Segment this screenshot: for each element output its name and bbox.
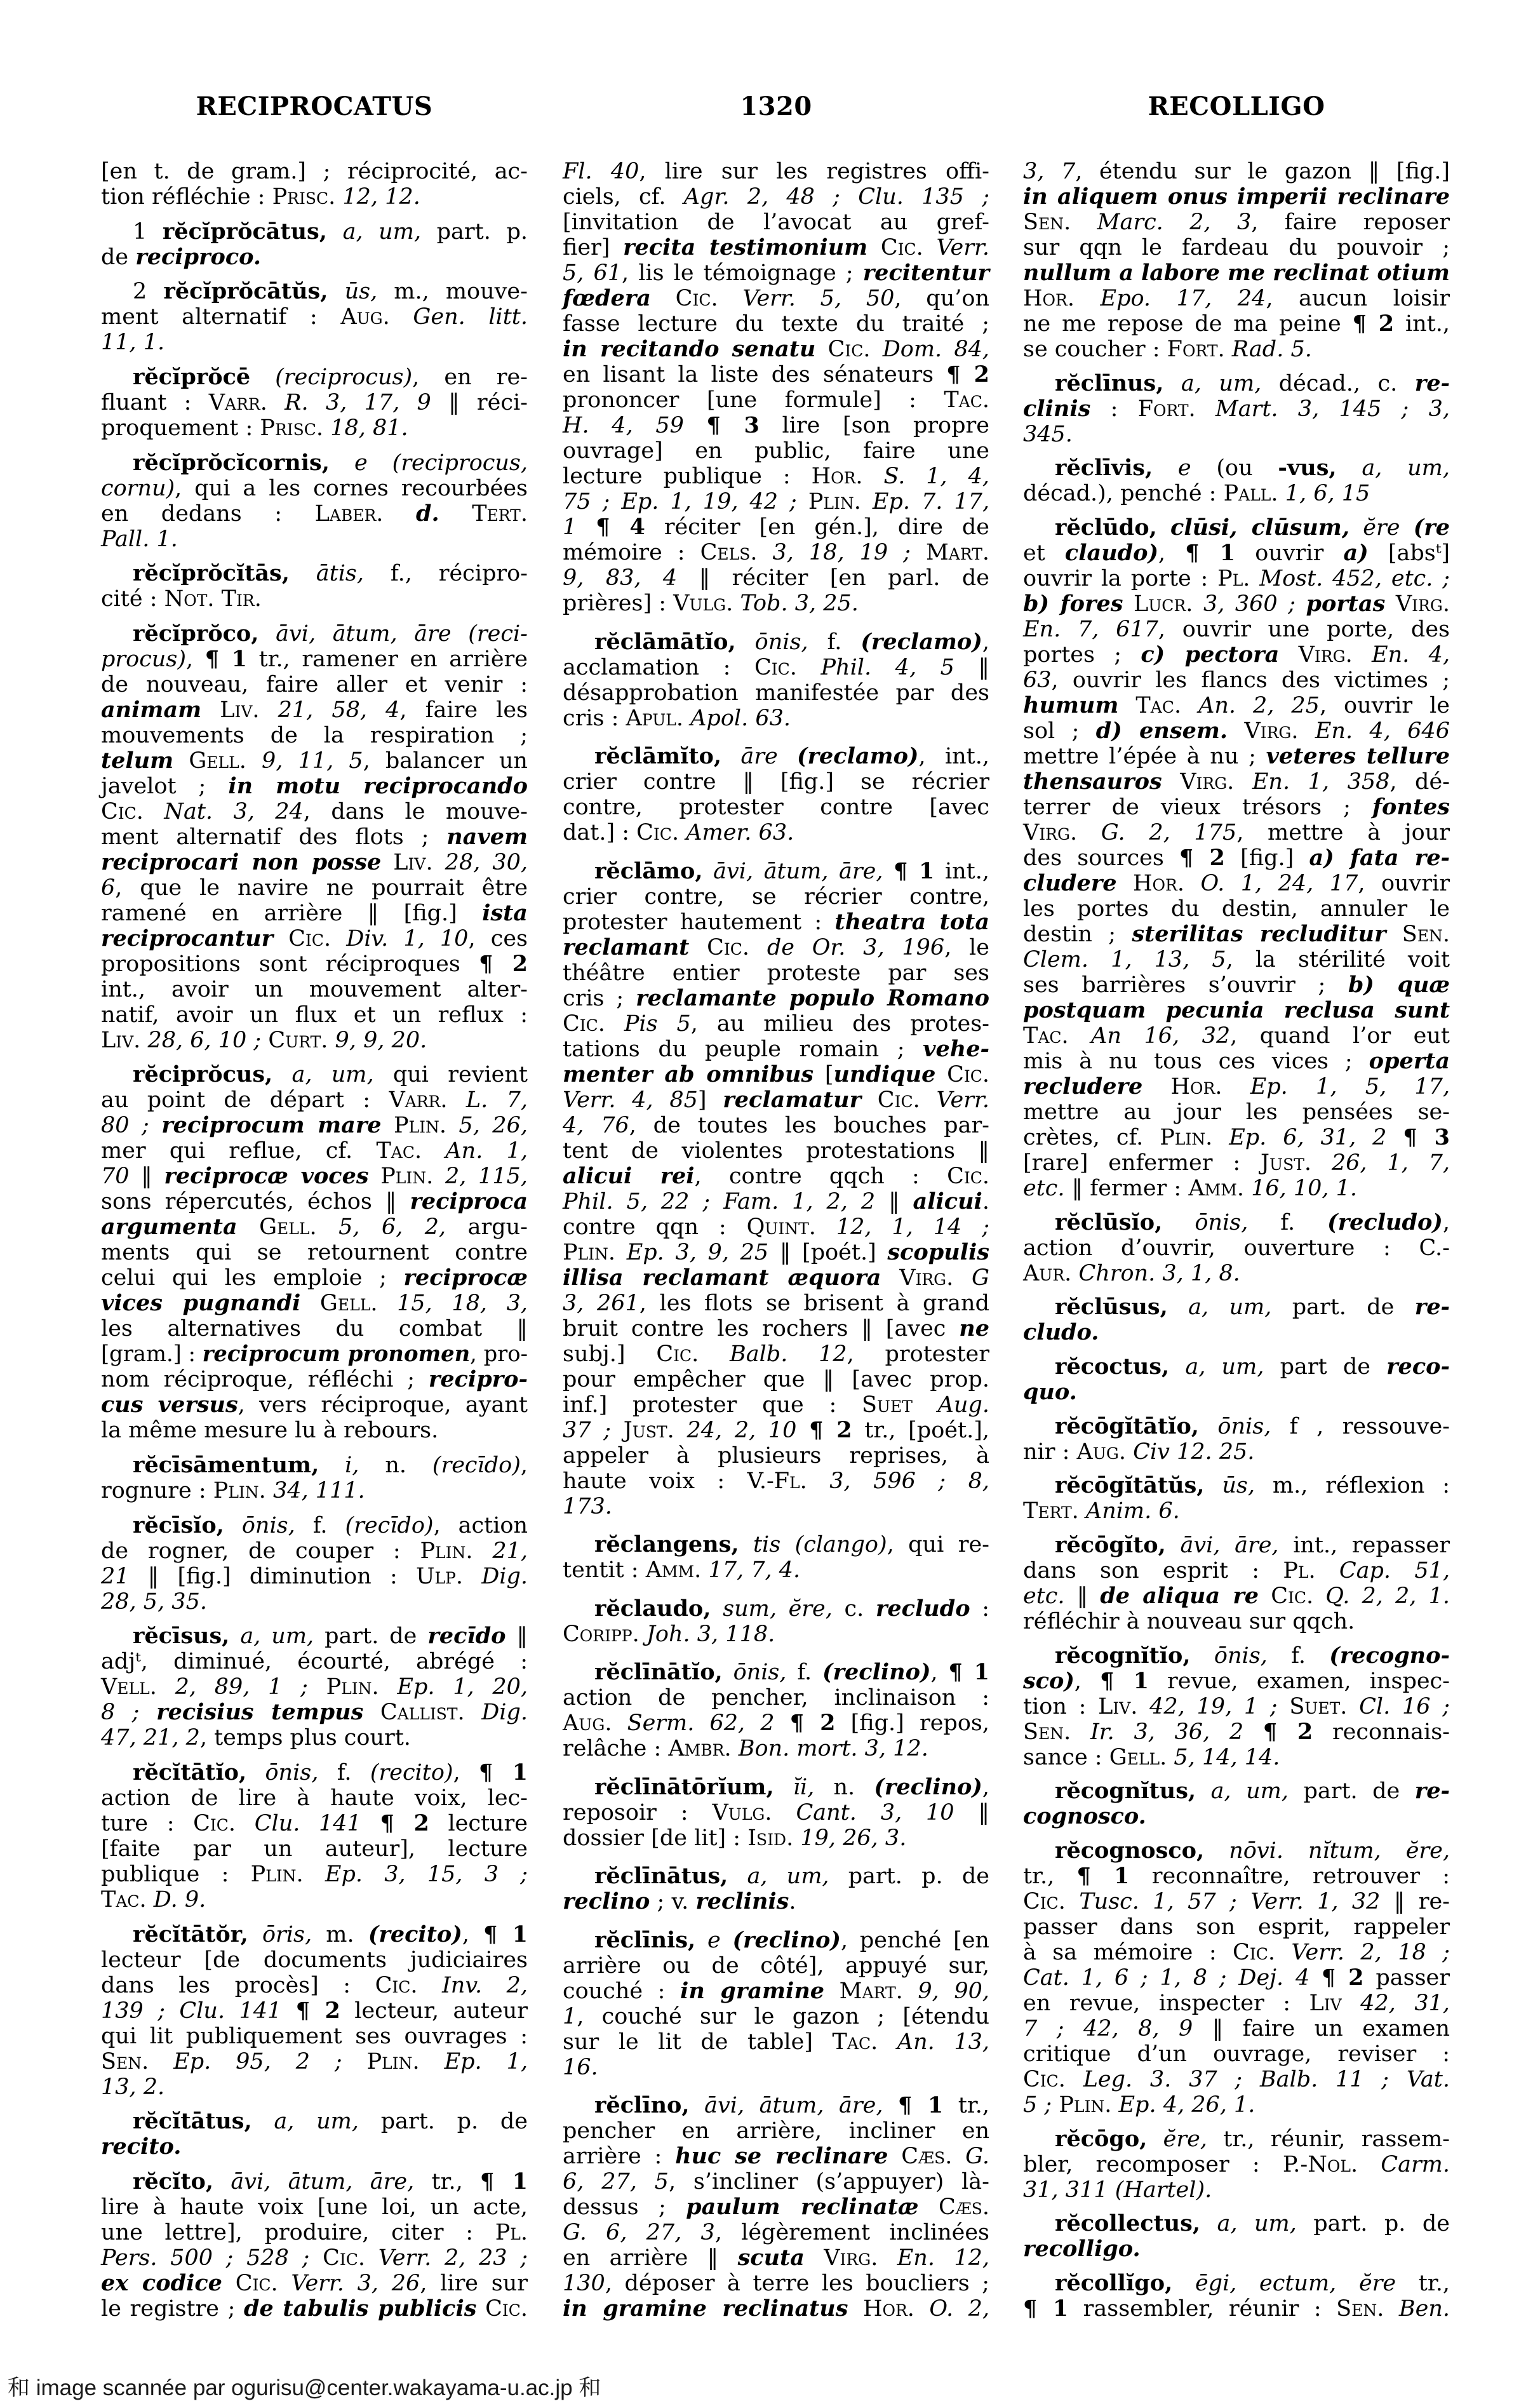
italic-text: ēgi, ectum, ĕre (1195, 2271, 1396, 2296)
latin-citation: sterilitas recluditur (1132, 921, 1386, 947)
text-line: et claudo), ¶ 1 ouvrir a) [absᵗ] (1023, 541, 1450, 566)
text-line: 16. (563, 2055, 989, 2080)
text-line: la même mesure lu à rebours. (101, 1418, 528, 1443)
author-abbreviation: Cic. (288, 926, 331, 951)
text-line: les portes du destin, annuler le (1023, 896, 1450, 922)
latin-citation: postquam pecunia reclusa sunt (1023, 997, 1450, 1023)
italic-text: i, (345, 1453, 359, 1478)
italic-text: (reciprocus) (275, 365, 412, 390)
author-abbreviation: Cic. (947, 1164, 989, 1189)
text-line: quo. (1023, 1380, 1450, 1405)
text-line: 70 ‖ reciprocæ voces Plin. 2, 115, (101, 1164, 528, 1189)
italic-text: Cat. 1, 6 ; 1, 8 ; Dej. 4 (1023, 1965, 1309, 1991)
italic-text: Verr. (936, 1087, 989, 1113)
latin-citation: reclamant (563, 934, 689, 960)
dictionary-entry: rĕcĭprŏco, āvi, ātum, āre (reci-procus),… (101, 621, 528, 1053)
text-line: ne me repose de ma peine ¶ 2 int., (1023, 311, 1450, 337)
author-abbreviation: Callist. (380, 1700, 465, 1725)
text-line: les alternatives du combat ‖ (101, 1316, 528, 1341)
italic-text: Fl. 40 (563, 159, 639, 184)
text-line: 31, 311 (Hartel). (1023, 2177, 1450, 2203)
author-abbreviation: Virg. (1396, 591, 1450, 617)
latin-citation: recludo (876, 1596, 970, 1622)
text-line: 2 rĕcĭprŏcātŭs, ūs, m., mouve- (101, 279, 528, 304)
author-abbreviation: Cic. (1271, 1583, 1313, 1609)
author-abbreviation: Prisc. (272, 184, 336, 210)
italic-text: Joh. 3, 118. (646, 1622, 775, 1647)
text-line: rĕciprŏcus, a, um, qui revient (101, 1062, 528, 1087)
headword: rĕcĭprŏcĭtās, (133, 560, 290, 586)
text-line: rĕcoctus, a, um, part de reco- (1023, 1354, 1450, 1380)
latin-citation: (recogno- (1329, 1643, 1450, 1669)
italic-text: Ben. (1399, 2296, 1450, 2322)
text-line: etc. ‖ fermer : Amm. 16, 10, 1. (1023, 1176, 1450, 1201)
author-abbreviation: Lucr. (1134, 591, 1193, 617)
headword: rĕcīsus, (133, 1623, 229, 1649)
text-line: rĕclāmo, āvi, ātum, āre, ¶ 1 int., (563, 859, 989, 884)
text-line: rĕclīnis, e (reclino), penché [en (563, 1928, 989, 1953)
author-abbreviation: Curt. (268, 1028, 328, 1053)
text-line: mis à nu tous ces vices ; operta (1023, 1049, 1450, 1074)
text-line: rĕclaudo, sum, ĕre, c. recludo : (563, 1596, 989, 1622)
author-abbreviation: Gell. (189, 748, 246, 774)
author-abbreviation: Cic. (881, 235, 923, 260)
text-line: rĕclangens, tis (clango), qui re- (563, 1532, 989, 1557)
author-abbreviation: Varr. (209, 390, 267, 415)
author-abbreviation: V.-Fl. (747, 1468, 807, 1494)
text-line: [rare] enfermer : Just. 26, 1, 7, (1023, 1150, 1450, 1176)
italic-text: Apol. 63. (690, 706, 791, 731)
latin-citation: in gramine reclinatus (563, 2295, 848, 2322)
italic-text: En. 4, (1372, 642, 1450, 668)
text-line: reclino ; v. reclinis. (563, 1889, 989, 1914)
text-line: b) fores Lucr. 3, 360 ; portas Virg. (1023, 591, 1450, 617)
text-line: terrer de vieux trésors ; fontes (1023, 795, 1450, 820)
author-abbreviation: Vulg. (712, 1800, 772, 1825)
text-line: rĕclīnātōrĭum, ĭi, n. (reclino), (563, 1775, 989, 1800)
text-line: rĕcōgo, ĕre, tr., réunir, rassem- (1023, 2127, 1450, 2152)
author-abbreviation: Pl. (1217, 566, 1250, 591)
latin-citation: reciprocum pronomen (203, 1341, 470, 1367)
italic-text: D. 9. (154, 1887, 206, 1912)
text-line: 173. (563, 1494, 989, 1519)
author-abbreviation: Virg. (1244, 718, 1298, 744)
italic-text: Pall. 1. (101, 527, 178, 552)
latin-citation: (reclino) (732, 1927, 841, 1953)
text-line: Tac. An 16, 32, quand l’or eut (1023, 1023, 1450, 1049)
text-line: tent de violentes protestations ‖ (563, 1138, 989, 1164)
headword: rĕcōgĭtātĭo, (1055, 1413, 1199, 1439)
author-abbreviation: Sen. (1336, 2296, 1384, 2322)
italic-text: Verr. 5, 50 (742, 286, 894, 311)
text-line: 8 ; recisius tempus Callist. Dig. (101, 1700, 528, 1725)
italic-text: G. 6, 27, 3 (563, 2220, 715, 2245)
latin-citation: in aliquem onus imperii reclinare (1023, 184, 1450, 210)
text-line: tentit : Amm. 17, 7, 4. (563, 1557, 989, 1583)
text-line: Sen. Marc. 2, 3, faire reposer (1023, 210, 1450, 235)
author-abbreviation: Cic. (323, 2245, 365, 2271)
author-abbreviation: Plin. (420, 1538, 473, 1564)
dictionary-entry: rĕcognĭtĭo, ōnis, f. (recogno-sco), ¶ 1 … (1023, 1643, 1450, 1770)
text-line: qui lit publiquement ses ouvrages : (101, 2024, 528, 2049)
italic-text: 5, 61 (563, 260, 622, 286)
author-abbreviation: Cic. (707, 935, 749, 960)
author-abbreviation: Coripp. (563, 1622, 639, 1647)
author-abbreviation: Laber. (315, 501, 384, 527)
italic-text: S. 1, 4, (883, 464, 989, 489)
headword: rĕclīno, (594, 2092, 690, 2118)
italic-text: Balb. 12 (730, 1341, 847, 1367)
dictionary-entry: rĕcĭtātus, a, um, part. p. derecito. (101, 2109, 528, 2160)
italic-text: Civ 12. 25. (1133, 1439, 1254, 1465)
text-line: cus versus, vers réciproque, ayant (101, 1392, 528, 1418)
italic-text: ōnis, (1214, 1643, 1268, 1669)
italic-text: a, um, (1188, 1294, 1271, 1320)
italic-text: āre (740, 744, 777, 769)
text-line: [gram.] : reciprocum pronomen, pro- (101, 1341, 528, 1367)
italic-text: ĕre (1363, 515, 1400, 541)
author-abbreviation: Sen. (1402, 922, 1450, 947)
latin-citation: scopulis (887, 1239, 989, 1265)
sense-marker: ¶ 1 (898, 2092, 943, 2118)
italic-text: Dig. (481, 1564, 528, 1589)
sense-marker: ¶ 2 (479, 951, 528, 977)
text-line: rĕcĭto, āvi, ātum, āre, tr., ¶ 1 (101, 2169, 528, 2194)
text-line: critique d’un ouvrage, reviser : (1023, 2041, 1450, 2067)
italic-text: G. (965, 2144, 989, 2169)
italic-text: 28, 5, 35. (101, 1589, 207, 1615)
italic-text: etc. (1023, 1583, 1065, 1609)
text-line: crier contre, se récrier contre, (563, 884, 989, 910)
italic-text: Verr. 4, 85 (563, 1087, 698, 1113)
text-line: action de pencher, inclinaison : (563, 1685, 989, 1710)
italic-text: a, um, (274, 2109, 359, 2134)
text-line: contre qqn : Quint. 12, 1, 14 ; (563, 1214, 989, 1240)
text-line: lire à haute voix [une loi, un acte, (101, 2194, 528, 2220)
text-line: le registre ; de tabulis publicis Cic. (101, 2296, 528, 2322)
latin-citation: paulum reclinatæ (686, 2194, 918, 2220)
italic-text: 9, 90, (918, 1979, 989, 2004)
text-line: sons répercutés, échos ‖ reciproca (101, 1189, 528, 1214)
bold-text: -vus, (1278, 455, 1336, 481)
text-line: Sen. Ep. 95, 2 ; Plin. Ep. 1, (101, 2049, 528, 2074)
italic-text: ōris, (262, 1922, 312, 1947)
author-abbreviation: Cic. (878, 1087, 920, 1113)
dictionary-entry: rĕclīnus, a, um, décad., c. re-clinis : … (1023, 371, 1450, 447)
latin-citation: quo. (1023, 1379, 1077, 1405)
headword: rĕclūdo, (1055, 514, 1157, 541)
text-line: rĕcīsus, a, um, part. de recīdo ‖ (101, 1623, 528, 1649)
headword: rĕclangens, (594, 1531, 739, 1557)
italic-text: a, um, (1185, 1354, 1264, 1380)
text-line: rĕcĭprŏco, āvi, ātum, āre (reci- (101, 621, 528, 647)
text-line: 7 ; 42, 8, 9 ‖ faire un examen (1023, 2016, 1450, 2041)
italic-text: An 16, 32 (1091, 1023, 1230, 1049)
headword: rĕcĭtātŏr, (133, 1921, 248, 1947)
sense-marker: ¶ 1 (1023, 2295, 1068, 2322)
text-line: rĕcognĭtus, a, um, part. de re- (1023, 1778, 1450, 1804)
latin-citation: recita testimonium (623, 234, 867, 260)
italic-text: 37 ; (563, 1418, 611, 1443)
text-line: clinis : Fort. Mart. 3, 145 ; 3, (1023, 396, 1450, 422)
italic-text: e (1178, 455, 1191, 481)
text-line: mémoire : Cels. 3, 18, 19 ; Mart. (563, 540, 989, 565)
text-line: au point de départ : Varr. L. 7, (101, 1087, 528, 1113)
author-abbreviation: Aug. (1077, 1439, 1126, 1465)
text-line: arrière : huc se reclinare Cæs. G. (563, 2144, 989, 2169)
text-line: 4, 76, de toutes les bouches par- (563, 1113, 989, 1138)
italic-text: ōnis, (1195, 1210, 1248, 1235)
text-line: rĕclīvis, e (ou -vus, a, um, (1023, 455, 1450, 481)
text-line: décad.), penché : Pall. 1, 6, 15 (1023, 481, 1450, 506)
text-line: sance : Gell. 5, 14, 14. (1023, 1745, 1450, 1770)
italic-text: nōvi. nĭtum, ĕre, (1229, 1838, 1450, 1864)
text-line: 130, déposer à terre les boucliers ; (563, 2271, 989, 2296)
headword: rĕciprŏcus, (133, 1061, 272, 1087)
latin-citation: thensauros (1023, 769, 1162, 795)
headword: rĕcīsāmentum, (133, 1452, 319, 1478)
sense-marker: ¶ 2 (1353, 311, 1395, 337)
text-line: nullum a labore me reclinat otium (1023, 260, 1450, 286)
text-line: Tert. Anim. 6. (1023, 1498, 1450, 1524)
text-line: ex codice Cic. Verr. 3, 26, lire sur (101, 2271, 528, 2296)
text-line: rĕcīsāmentum, i, n. (recīdo), (101, 1453, 528, 1478)
italic-text: 6 (101, 875, 115, 901)
latin-citation: reclamatur (723, 1087, 861, 1113)
dictionary-entry: rĕcognĭtus, a, um, part. de re-cognosco. (1023, 1778, 1450, 1829)
italic-text: Anim. 6. (1086, 1498, 1180, 1524)
author-abbreviation: Mart. (926, 540, 989, 565)
latin-citation: telum (101, 748, 173, 774)
italic-text: Chron. 3, 1, 8. (1078, 1261, 1240, 1286)
italic-text: Verr. 3, 26 (291, 2271, 420, 2296)
text-line: 3, 7, étendu sur le gazon ‖ [fig.] (1023, 159, 1450, 184)
author-abbreviation: Plin. (326, 1674, 379, 1700)
text-line: alicui rei, contre qqch : Cic. (563, 1164, 989, 1189)
headword: rĕclīnātōrĭum, (594, 1774, 774, 1800)
text-line: 13, 2. (101, 2074, 528, 2100)
italic-text: Marc. 2, 3 (1097, 210, 1252, 235)
headword: rĕcollĭgo, (1055, 2270, 1172, 2296)
author-abbreviation: C.- (1419, 1235, 1450, 1261)
headword: rĕcīsĭo, (133, 1512, 224, 1538)
text-line: rĕclīnātĭo, ōnis, f. (reclino), ¶ 1 (563, 1660, 989, 1685)
italic-text: Epo. 17, 24 (1101, 286, 1266, 311)
dictionary-entry: rĕcīsus, a, um, part. de recīdo ‖adjᵗ, d… (101, 1623, 528, 1751)
sense-marker: ¶ 2 (380, 1810, 429, 1836)
author-abbreviation: Plin. (367, 2049, 420, 2074)
latin-citation: alicui rei (563, 1163, 695, 1189)
author-abbreviation: Cic. (828, 337, 871, 362)
author-abbreviation: Cic. (676, 286, 718, 311)
latin-citation: re- (1415, 1294, 1450, 1320)
italic-text: An. 2, 25 (1198, 693, 1320, 718)
headword: rĕcĭprŏcātus, (163, 218, 327, 245)
italic-text: a, um, (343, 219, 421, 245)
text-line: En. 7, 617, ouvrir une porte, des (1023, 617, 1450, 642)
text-line: rĕcollĭgo, ēgi, ectum, ĕre tr., (1023, 2271, 1450, 2296)
latin-citation: (reclamo) (797, 743, 919, 769)
latin-citation: vices pugnandi (101, 1290, 300, 1316)
italic-text: 5, 26, (459, 1113, 528, 1138)
italic-text: 19, 26, 3. (800, 1825, 906, 1851)
text-line: prières] : Vulg. Tob. 3, 25. (563, 591, 989, 616)
text-line: propositions sont réciproques ¶ 2 (101, 951, 528, 977)
text-line: humum Tac. An. 2, 25, ouvrir le (1023, 693, 1450, 718)
italic-text: 2, 89, 1 ; (175, 1674, 308, 1700)
text-line: appeler à plusieurs reprises, à (563, 1443, 989, 1468)
italic-text: Ep. 1, 5, 17, (1250, 1074, 1450, 1099)
text-line: int., avoir un mouvement alter- (101, 977, 528, 1002)
text-line: Fl. 40, lire sur les registres offi- (563, 159, 989, 184)
text-line: rĕcĭtātus, a, um, part. p. de (101, 2109, 528, 2134)
dictionary-entry: rĕclūsus, a, um, part. de re-cludo. (1023, 1294, 1450, 1345)
italic-text: etc. (1023, 1176, 1065, 1201)
latin-citation: recitentur (863, 260, 989, 286)
latin-citation: cognosco. (1023, 1803, 1146, 1829)
italic-text: Gen. litt. (413, 304, 528, 330)
latin-citation: claudo) (1065, 540, 1158, 566)
text-line: sur le lit de table] Tac. An. 13, (563, 2029, 989, 2055)
italic-text: An. 1, (445, 1138, 528, 1164)
italic-text: 9, 83, 4 (563, 565, 677, 591)
italic-text: Amer. 63. (686, 820, 794, 845)
sense-marker: ¶ 1 (480, 2168, 528, 2194)
latin-citation: ne (959, 1315, 989, 1341)
latin-citation: (reclamo) (860, 629, 982, 655)
author-abbreviation: Mart. (840, 1979, 903, 2004)
latin-citation: in gramine (680, 1978, 824, 2004)
author-abbreviation: Plin. (213, 1478, 266, 1503)
text-line: argumenta Gell. 5, 6, 2, argu- (101, 1214, 528, 1240)
headword: rĕcoctus, (1055, 1354, 1169, 1380)
author-abbreviation: Amm. (1188, 1176, 1244, 1201)
column-2: Fl. 40, lire sur les registres offi-ciel… (563, 159, 989, 2322)
headword: rĕclīnātus, (594, 1863, 728, 1889)
author-abbreviation: Vulg. (673, 591, 733, 616)
italic-text: An. 13, (897, 2029, 989, 2055)
italic-text: 5, 6, 2, (338, 1214, 446, 1240)
latin-citation: sco) (1023, 1668, 1075, 1694)
latin-citation: d. (416, 501, 439, 527)
text-line: menter ab omnibus [undique Cic. (563, 1062, 989, 1087)
italic-text: R. 3, 17, 9 (285, 390, 431, 415)
italic-text: Tusc. 1, 57 ; Verr. 1, 32 (1079, 1889, 1380, 1914)
text-line: ment alternatif : Aug. Gen. litt. (101, 304, 528, 330)
author-abbreviation: Plin. (380, 1164, 433, 1189)
italic-text: a, um, (747, 1864, 829, 1889)
text-line: tion réfléchie : Prisc. 12, 12. (101, 184, 528, 210)
italic-text: e (707, 1928, 721, 1953)
author-abbreviation: Ulp. (416, 1564, 463, 1589)
author-abbreviation: Tert. (1023, 1498, 1079, 1524)
text-line: rĕcognĭtĭo, ōnis, f. (recogno- (1023, 1643, 1450, 1669)
text-line: mer qui reflue, cf. Tac. An. 1, (101, 1138, 528, 1164)
dictionary-entry: rĕciprŏcus, a, um, qui revientau point d… (101, 1062, 528, 1443)
text-line: [faite par un auteur], lecture (101, 1836, 528, 1862)
author-abbreviation: Cic. (193, 1811, 236, 1836)
latin-citation: cus versus (101, 1392, 238, 1418)
italic-text: 345. (1023, 422, 1073, 447)
text-line: ture : Cic. Clu. 141 ¶ 2 lecture (101, 1811, 528, 1836)
text-line: javelot ; in motu reciprocando (101, 774, 528, 799)
latin-citation: illisa reclamant æquora (563, 1265, 881, 1291)
author-abbreviation: Cels. (700, 540, 758, 565)
text-line: rognure : Plin. 34, 111. (101, 1478, 528, 1503)
italic-text: (recīdo) (432, 1453, 521, 1478)
author-abbreviation: Gell. (1109, 1745, 1167, 1770)
text-line: protester hautement : theatra tota (563, 910, 989, 935)
italic-text: Leg. 3. 37 ; Balb. 11 ; Vat. (1083, 2067, 1450, 2092)
sense-marker: ¶ 1 (479, 1759, 528, 1785)
text-line: sur qqn le fardeau du pouvoir ; (1023, 235, 1450, 260)
author-abbreviation: Fort. (1138, 396, 1196, 422)
latin-citation: reciprocantur (101, 925, 273, 951)
author-abbreviation: Hor. (1133, 871, 1184, 896)
latin-citation: de tabulis publicis (244, 2295, 476, 2322)
dictionary-entry: rĕcōgo, ĕre, tr., réunir, rassem-bler, r… (1023, 2127, 1450, 2203)
text-line: tr., ¶ 1 reconnaître, retrouver : (1023, 1864, 1450, 1889)
text-line: cris ; reclamante populo Romano (563, 986, 989, 1011)
italic-text: Ep. 3, 9, 25 (627, 1240, 768, 1265)
text-line: de nouveau, faire aller et venir : (101, 672, 528, 697)
italic-text: Phil. 5, 22 ; Fam. 1, 2, 2 (563, 1189, 875, 1214)
italic-text: a, um, (292, 1062, 374, 1087)
latin-citation: reciprocæ (404, 1265, 528, 1291)
sense-marker: ¶ 1 (205, 646, 247, 672)
dictionary-entry: rĕcollĭgo, ēgi, ectum, ĕre tr.,¶ 1 rasse… (1023, 2271, 1450, 2322)
italic-text: 34, 111. (273, 1478, 365, 1503)
text-line: in recitando senatu Cic. Dom. 84, (563, 337, 989, 362)
text-line: subj.] Cic. Balb. 12, protester (563, 1341, 989, 1367)
text-line: tion : Liv. 42, 19, 1 ; Suet. Cl. 16 ; (1023, 1694, 1450, 1719)
sense-marker: ¶ 1 (1185, 540, 1235, 566)
text-line: rĕclūdo, clūsi, clūsum, ĕre (re (1023, 515, 1450, 541)
author-abbreviation: Plin. (808, 489, 861, 514)
dictionary-entry: rĕclūdo, clūsi, clūsum, ĕre (reet claudo… (1023, 515, 1450, 1201)
italic-text: 3, 261 (563, 1291, 639, 1316)
sense-marker: ¶ 2 (296, 1998, 340, 2024)
dictionary-entry: rĕclīnātōrĭum, ĭi, n. (reclino),reposoir… (563, 1775, 989, 1851)
italic-text: Rad. 5. (1232, 337, 1312, 362)
dictionary-entry: rĕcognosco, nōvi. nĭtum, ĕre,tr., ¶ 1 re… (1023, 1838, 1450, 2118)
italic-text: Most. 452, etc. ; (1259, 566, 1450, 591)
author-abbreviation: Suet. (1289, 1694, 1347, 1719)
author-abbreviation: Hor. (1170, 1074, 1222, 1099)
headword: rĕclūsĭo, (1055, 1209, 1162, 1235)
author-abbreviation: Cic. (236, 2271, 278, 2296)
author-abbreviation: Plin. (1160, 1125, 1212, 1150)
text-line: 1 ¶ 4 réciter [en gén.], dire de (563, 514, 989, 540)
latin-citation: cludo. (1023, 1319, 1099, 1345)
italic-text: 21, 58, 4 (278, 697, 400, 723)
latin-citation: nullum a labore me reclinat otium (1023, 260, 1450, 286)
italic-text: 8 ; (101, 1700, 140, 1725)
text-line: cludo. (1023, 1320, 1450, 1345)
author-abbreviation: Pl. (495, 2220, 528, 2245)
italic-text: 47, 21, 2 (101, 1725, 200, 1751)
italic-text: Bon. mort. 3, 12. (739, 1736, 928, 1761)
text-line: portes ; c) pectora Virg. En. 4, (1023, 642, 1450, 668)
author-abbreviation: Plin. (563, 1240, 615, 1265)
author-abbreviation: Cic. (636, 820, 679, 845)
latin-citation: d) ensem. (1096, 718, 1228, 744)
text-line: rĕclāmātĭo, ōnis, f. (reclamo), (563, 629, 989, 655)
text-line: rĕclīnus, a, um, décad., c. re- (1023, 371, 1450, 396)
text-line: rĕcīsĭo, ōnis, f. (recīdo), action (101, 1513, 528, 1538)
author-abbreviation: Ambr. (668, 1736, 731, 1761)
text-line: acclamation : Cic. Phil. 4, 5 ‖ (563, 655, 989, 680)
